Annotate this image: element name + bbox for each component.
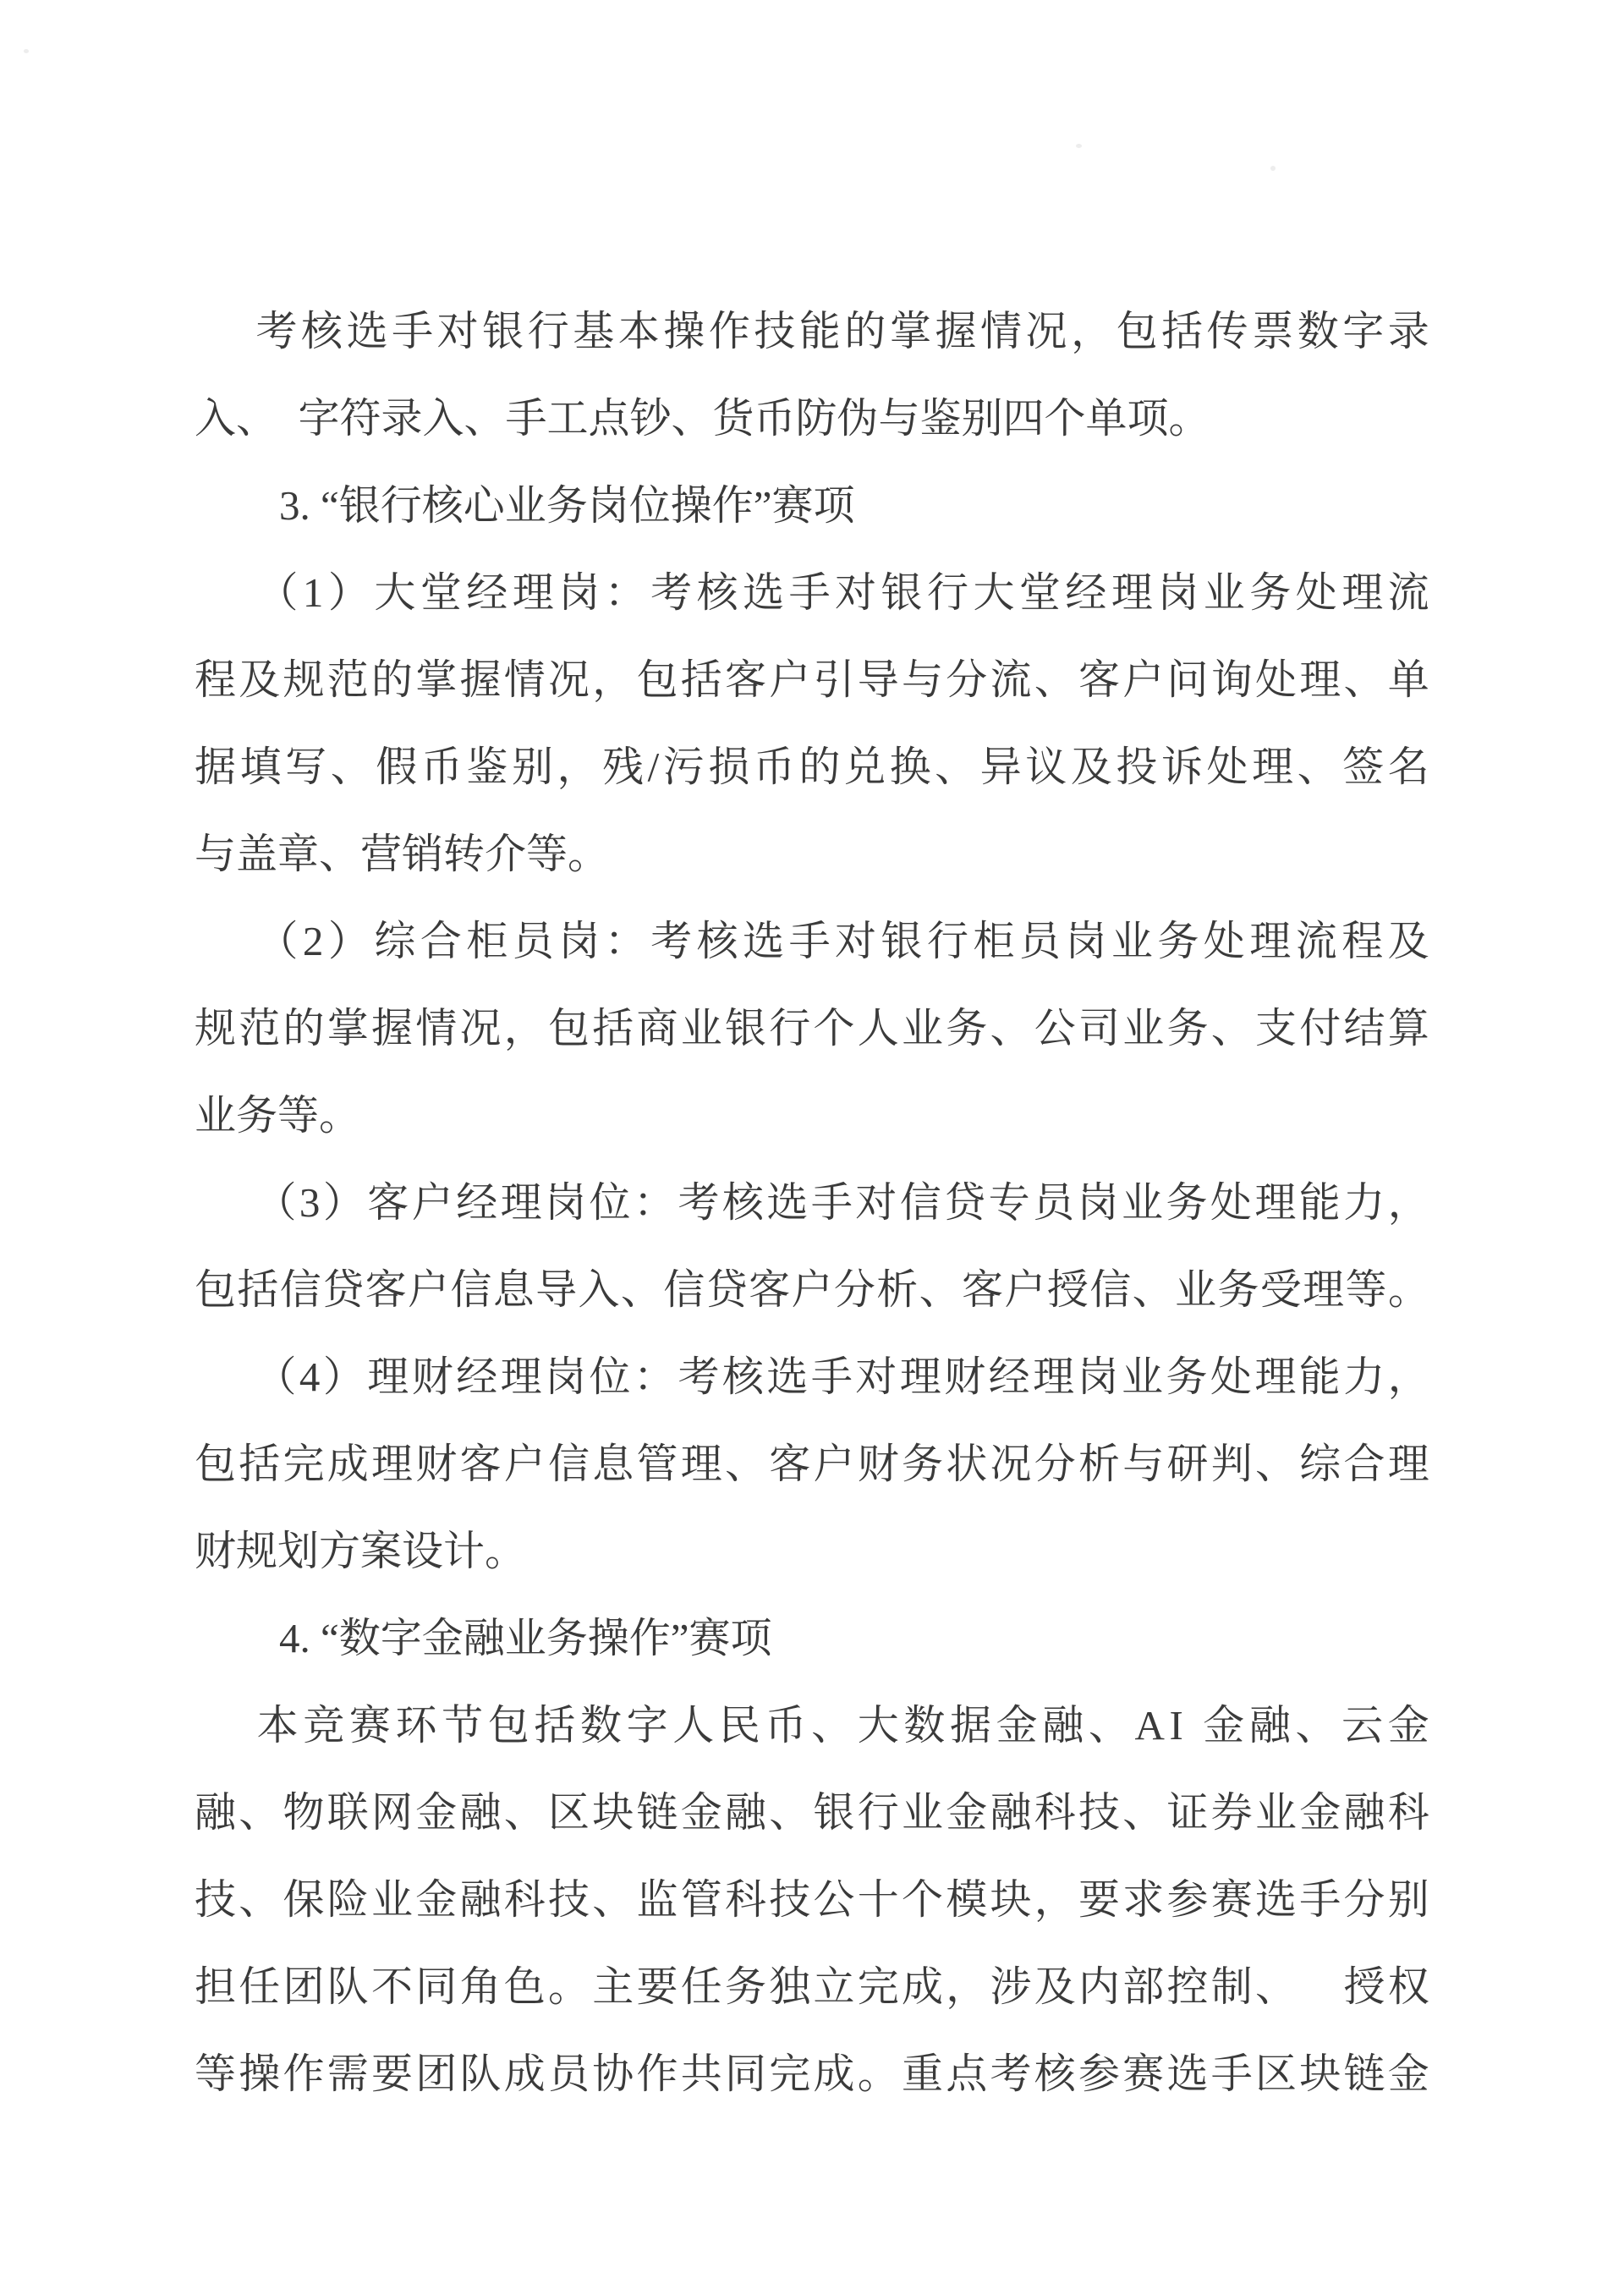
document-text-block: 考核选手对银行基本操作技能的掌握情况，包括传票数字录入、 字符录入、手工点钞、货… <box>195 288 1429 2117</box>
document-line-9: 规范的掌握情况，包括商业银行个人业务、公司业务、支付结算 <box>195 985 1429 1072</box>
document-line-6: 据填写、假币鉴别，残/污损币的兑换、异议及投诉处理、签名 <box>195 723 1429 810</box>
document-line-7: 与盖章、营销转介等。 <box>195 810 1429 898</box>
document-line-15: 财规划方案设计。 <box>195 1507 1429 1595</box>
document-line-11: （3）客户经理岗位：考核选手对信贷专员岗业务处理能力， <box>195 1159 1429 1246</box>
document-line-19: 技、保险业金融科技、监管科技公十个模块，要求参赛选手分别 <box>195 1856 1429 1943</box>
document-line-13: （4）理财经理岗位：考核选手对理财经理岗业务处理能力， <box>195 1333 1429 1420</box>
document-line-2: 入、 字符录入、手工点钞、货币防伪与鉴别四个单项。 <box>195 375 1429 462</box>
document-line-5: 程及规范的掌握情况，包括客户引导与分流、客户问询处理、单 <box>195 636 1429 723</box>
document-page: 考核选手对银行基本操作技能的掌握情况，包括传票数字录入、 字符录入、手工点钞、货… <box>0 0 1624 2295</box>
document-line-17: 本竞赛环节包括数字人民币、大数据金融、AI 金融、云金 <box>195 1682 1429 1769</box>
scan-speck <box>24 49 29 53</box>
document-line-21: 等操作需要团队成员协作共同完成。重点考核参赛选手区块链金 <box>195 2030 1429 2117</box>
document-line-8: （2）综合柜员岗：考核选手对银行柜员岗业务处理流程及 <box>195 898 1429 985</box>
document-line-10: 业务等。 <box>195 1072 1429 1159</box>
scan-speck <box>1076 144 1082 148</box>
document-line-18: 融、物联网金融、区块链金融、银行业金融科技、证券业金融科 <box>195 1769 1429 1856</box>
document-line-1: 考核选手对银行基本操作技能的掌握情况，包括传票数字录 <box>195 288 1429 375</box>
scan-speck <box>1270 166 1276 171</box>
document-line-4: （1）大堂经理岗：考核选手对银行大堂经理岗业务处理流 <box>195 549 1429 636</box>
document-line-20: 担任团队不同角色。主要任务独立完成，涉及内部控制、 授权 <box>195 1943 1429 2030</box>
document-line-12: 包括信贷客户信息导入、信贷客户分析、客户授信、业务受理等。 <box>195 1246 1429 1333</box>
document-line-3: 3. “银行核心业务岗位操作”赛项 <box>195 462 1429 549</box>
document-line-14: 包括完成理财客户信息管理、客户财务状况分析与研判、综合理 <box>195 1420 1429 1507</box>
document-line-16: 4. “数字金融业务操作”赛项 <box>195 1595 1429 1682</box>
